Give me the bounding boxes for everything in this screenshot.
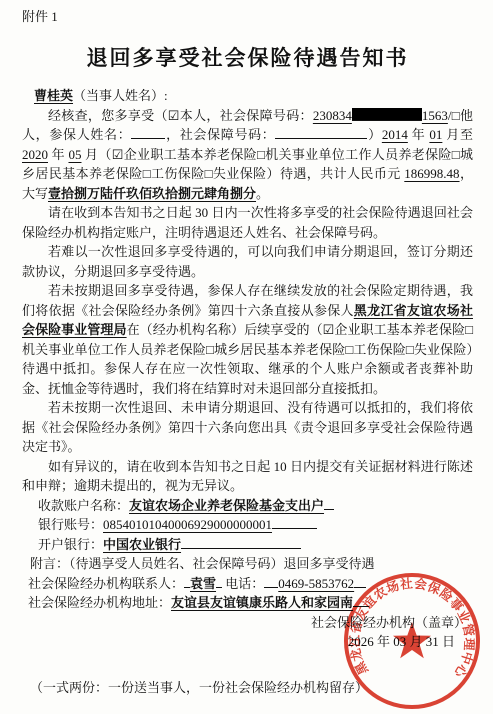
para-objection: 如有异议的，请在收到本告知书之日起 10 日内提交有关证据材料进行陈述和申辩；逾… <box>22 457 473 496</box>
text-fragment: 0469-5853762 <box>278 576 354 591</box>
checkbox-unchecked-icon: □ <box>452 108 460 123</box>
document-inner: 附件 1 退回多享受社会保险待遇告知书 曹桂英（当事人姓名）:经核查，您多享受（… <box>0 0 493 697</box>
text-fragment: 城乡居民基本养老保险 <box>214 342 345 357</box>
text-fragment: 请在收到本告知书之日起 30 日内一次性将多享受的社会保险待遇退回社会保险经办机… <box>22 205 473 240</box>
blank-underline <box>272 515 317 529</box>
line-contact: 社会保险经办机构联系人：袁雪 电话：0469-5853762 <box>28 574 473 594</box>
line-memo: 附言：（待遇享受人员姓名、社会保障号码）退回多享受待遇 <box>30 554 473 574</box>
text-fragment: 工伤保险 <box>151 166 205 181</box>
document-page: 附件 1 退回多享受社会保险待遇告知书 曹桂英（当事人姓名）:经核查，您多享受（… <box>0 0 493 714</box>
blank-underline <box>354 574 366 588</box>
checkbox-unchecked-icon: □ <box>205 166 213 181</box>
text-fragment: 电话： <box>222 576 264 591</box>
text-fragment: 2020 <box>22 147 48 162</box>
redaction-box <box>352 108 422 121</box>
line-date: 2026 年 03 月 31 日 <box>22 632 473 652</box>
text-fragment: 月（ <box>81 147 111 162</box>
text-fragment: 如有异议的，请在收到本告知书之日起 10 日内提交有关证据材料进行陈述和申辩；逾… <box>22 459 473 494</box>
checkbox-unchecked-icon: □ <box>206 342 214 357</box>
document-paragraphs: 曹桂英（当事人姓名）:经核查，您多享受（☑本人，社会保障号码：230834156… <box>22 86 473 697</box>
text-fragment: 机关事业单位工作人员养老保险 <box>22 342 206 357</box>
text-fragment: 机关事业单位工作人员养老保险 <box>265 147 452 162</box>
text-fragment: 企业职工基本养老保险 <box>123 147 257 162</box>
text-fragment: 壹拾捌万陆仟玖佰玖拾捌元肆角捌分 <box>48 186 256 201</box>
text-fragment: 友谊农场企业养老保险基金支出户 <box>129 498 324 513</box>
line-bank-account: 银行账号：08540101040006929000000001 <box>38 515 473 535</box>
text-fragment: 社会保险经办机构联系人： <box>28 576 184 591</box>
text-fragment: ） <box>367 127 381 142</box>
text-fragment: 186998.48 <box>404 166 459 181</box>
text-fragment: 2014 <box>382 127 408 142</box>
text-fragment: 1563 <box>422 108 448 123</box>
text-fragment: 若难以一次性退回多享受待遇的，可以向我们申请分期退回，签订分期还款协议，分期退回… <box>22 244 473 279</box>
text-fragment: 附言：（待遇享受人员姓名、社会保障号码）退回多享受待遇 <box>30 556 375 571</box>
text-fragment: 年 <box>48 147 68 162</box>
text-fragment: 曹桂英 <box>34 88 73 103</box>
text-fragment: 。 <box>256 186 269 201</box>
text-fragment: 失业保险）待遇，共计人民币元 <box>213 166 404 181</box>
text-fragment: 在（经办机构名称）后续享受的（ <box>127 322 323 337</box>
text-fragment: 收款账户名称： <box>38 498 129 513</box>
line-sign: 社会保险经办机构（盖章） <box>22 613 473 633</box>
salutation: 曹桂英（当事人姓名）: <box>34 86 473 106</box>
page-title: 退回多享受社会保险待遇告知书 <box>22 42 473 72</box>
checkbox-unchecked-icon: □ <box>143 166 151 181</box>
text-fragment: 230834 <box>313 108 352 123</box>
attachment-label: 附件 1 <box>22 8 473 26</box>
line-bank: 开户银行：中国农业银行 <box>38 535 473 555</box>
checkbox-unchecked-icon: □ <box>452 147 460 162</box>
para-installment: 若难以一次性退回多享受待遇的，可以向我们申请分期退回，签订分期还款协议，分期退回… <box>22 242 473 281</box>
text-fragment: 2026 年 03 月 31 日 <box>348 634 455 649</box>
blank-underline <box>275 125 367 139</box>
para-verification: 经核查，您多享受（☑本人，社会保障号码：2308341563/□他人，参保人姓名… <box>22 106 473 204</box>
text-fragment: （一式两份：一份送当事人，一份社会保险经办机构留存） <box>30 680 368 695</box>
text-fragment: 中国农业银行 <box>103 537 181 552</box>
text-fragment: 友谊县友谊镇康乐路人和家园南 <box>171 595 353 610</box>
checkbox-checked-icon: ☑ <box>168 108 180 123</box>
blank-underline <box>353 593 369 607</box>
line-account-name: 收款账户名称：友谊农场企业养老保险基金支出户 <box>38 496 473 516</box>
footer-note: （一式两份：一份送当事人，一份社会保险经办机构留存） <box>30 678 473 698</box>
text-fragment: 月至 <box>442 127 473 142</box>
text-fragment: ，社会保障号码： <box>165 127 275 142</box>
blank-underline <box>264 574 278 588</box>
text-fragment: （当事人姓名）: <box>73 88 168 103</box>
text-fragment: 袁雪 <box>190 576 216 591</box>
checkbox-checked-icon: ☑ <box>323 322 335 337</box>
blank-underline <box>131 125 165 139</box>
text-fragment: 若未按期一次性退回、未申请分期退回、没有待遇可以抵扣的，我们将依据《社会保险经办… <box>22 400 473 454</box>
line-address: 社会保险经办机构地址：友谊县友谊镇康乐路人和家园南 <box>28 593 473 613</box>
text-fragment: 银行账号： <box>38 517 103 532</box>
para-deduction: 若未按期退回多享受待遇，参保人存在继续发放的社会保险定期待遇，我们将依据《社会保… <box>22 281 473 398</box>
checkbox-unchecked-icon: □ <box>465 322 473 337</box>
text-fragment: 经核查，您多享受（ <box>48 108 168 123</box>
text-fragment: 年 <box>408 127 430 142</box>
para-return-deadline: 请在收到本告知书之日起 30 日内一次性将多享受的社会保险待遇退回社会保险经办机… <box>22 203 473 242</box>
checkbox-checked-icon: ☑ <box>112 147 124 162</box>
checkbox-unchecked-icon: □ <box>406 342 414 357</box>
text-fragment: 08540101040006929000000001 <box>103 517 272 532</box>
text-fragment: 企业职工基本养老保险 <box>334 322 465 337</box>
text-fragment: 工伤保险 <box>353 342 406 357</box>
text-fragment: 开户银行： <box>38 537 103 552</box>
text-fragment: 05 <box>68 147 81 162</box>
text-fragment: 本人，社会保障号码： <box>179 108 312 123</box>
para-decision: 若未按期一次性退回、未申请分期退回、没有待遇可以抵扣的，我们将依据《社会保险经办… <box>22 398 473 457</box>
text-fragment: 社会保险经办机构（盖章） <box>311 615 467 630</box>
blank-underline <box>181 535 301 549</box>
text-fragment: 01 <box>429 127 442 142</box>
blank-underline <box>324 496 334 510</box>
text-fragment: 社会保险经办机构地址： <box>28 595 171 610</box>
checkbox-unchecked-icon: □ <box>257 147 265 162</box>
